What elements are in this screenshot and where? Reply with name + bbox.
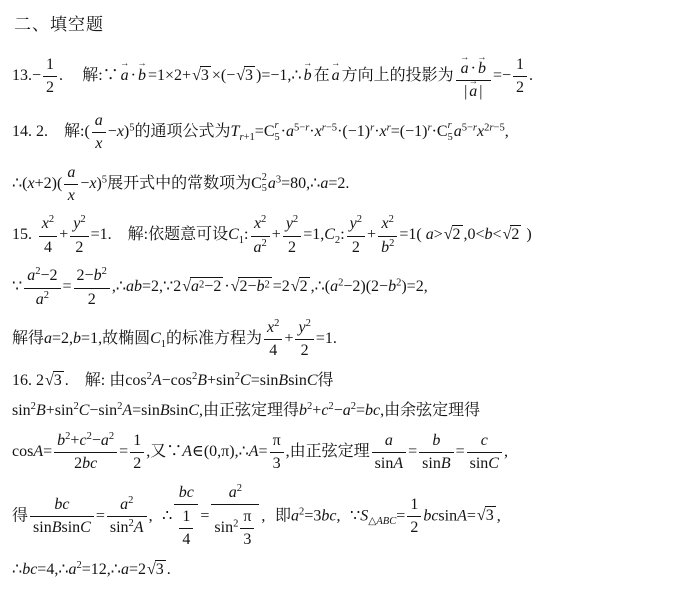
math-fraction: ax [92,111,106,154]
math-variable: r [275,120,279,131]
math-text: 解得 [12,330,44,347]
math-text: 2 [288,239,296,256]
math-superscript: 2 [262,238,267,249]
numerator: y2 [283,214,301,236]
math-text: 解: 由cos [85,372,147,389]
math-text: ,由正弦定理得 [199,402,299,419]
math-space [32,238,37,239]
math-superscript: 2 [357,215,362,226]
math-fraction: π3 [240,507,254,550]
math-variable: x [382,215,389,232]
math-text: 2 [300,278,308,295]
numerator: a2 [107,495,147,517]
math-text: = [259,443,268,460]
solution-line-15-2: ∵a2−2a2=2−b22,∴ab=2,∵2√a2−2·√2−b2=2√2,∴(… [12,266,674,309]
math-variable: a [286,123,294,140]
math-text: 1 [410,496,418,513]
math-variable: x [315,123,322,140]
math-variable: a [120,496,128,513]
vector: →a [460,60,470,78]
math-sqrt: √2 [444,224,463,246]
math-text: 3 [245,67,253,84]
math-text: =2 [129,561,146,578]
subscript: 5 [275,132,280,145]
math-text: . [529,67,533,84]
denominator: sin2π3 [211,505,259,550]
math-text: 2 [133,455,141,472]
math-text: 2 [389,238,394,249]
math-text: ,又∵ [146,443,182,460]
math-text: = [456,443,465,460]
math-text: 得 [12,507,28,524]
math-text: + [59,226,68,243]
denominator: sinB [419,453,453,473]
math-text: ) [522,226,531,243]
radicand: 2 [452,225,463,244]
math-text: > [434,226,443,243]
math-fraction: bsinB [419,431,453,474]
math-text: = [96,507,105,524]
math-text: 2 [352,239,360,256]
math-sqrt: √3 [192,65,211,87]
math-variable: b [299,402,307,419]
math-superscript: 5−r [462,122,477,133]
math-text: 2 [293,215,298,226]
math-superscript: 2r−5 [484,122,505,133]
math-text: = [43,443,52,460]
math-text: 2 [262,238,267,249]
math-fraction: a2sin2A [107,495,147,538]
math-superscript: 2 [233,518,238,529]
numerator: a [372,431,406,453]
math-variable: x [95,135,102,152]
math-text: ∵ [350,507,360,524]
math-supsub: r5 [275,120,280,145]
math-text: · [131,67,136,84]
math-variable: B [52,519,62,536]
problem-14: 14. 2.解:(ax−x)5的通项公式为Tr+1=Cr5·a5−r·xr−5·… [12,111,674,206]
math-variable: B [160,402,170,419]
math-text: 2 [102,266,107,277]
math-fraction: a2sin2π3 [211,483,259,550]
numerator: π [240,507,254,529]
math-variable: b [73,330,81,347]
math-text: 2 [274,318,279,329]
math-text: 1 [133,432,141,449]
math-text: < [493,226,502,243]
math-variable: a [44,330,52,347]
solution-line-14-1: 14. 2.解:(ax−x)5的通项公式为Tr+1=Cr5·a5−r·xr−5·… [12,111,674,154]
math-fraction: b2+c2−a22bc [54,431,117,474]
math-text: 解:依题意可设 [128,226,228,243]
radicand: 3 [155,560,166,579]
math-text: + [312,402,321,419]
math-text: sin [438,507,457,524]
math-fraction: csinC [467,431,502,474]
numerator: y2 [347,214,365,236]
denominator: sinBsinC [30,517,94,537]
math-variable: c [481,432,488,449]
math-superscript: 2 [261,215,266,226]
denominator: sin2A [107,517,147,537]
math-fraction: π3 [270,431,284,474]
math-variable: x [254,215,261,232]
math-variable: C [228,226,239,243]
math-text: 2 [49,215,54,226]
math-text: 2 [262,172,267,183]
math-text: + [367,226,376,243]
math-text: ∴( [12,175,28,192]
math-text: 5 [262,183,267,194]
math-text: 2− [239,278,256,295]
math-text: 3 [201,67,209,84]
math-text: ,由正弦定理 [286,443,370,460]
math-variable: A [249,443,259,460]
math-variable: b [485,226,493,243]
numerator: b2+c2−a2 [54,431,117,453]
math-superscript: 2 [237,483,242,494]
numerator: a2 [211,483,259,505]
math-text: 即 [275,507,291,524]
math-text: =1×2+ [148,67,191,84]
math-text: )=−1,∴ [256,67,302,84]
math-fraction: x24 [264,318,282,361]
math-text: , [336,507,340,524]
denominator: b2 [378,237,397,257]
math-variable: A [457,507,467,524]
math-fraction: y22 [295,318,313,361]
math-sqrt: √2−b2 [231,276,272,298]
math-variable: a [69,561,77,578]
math-text: 5 [448,132,453,143]
numerator: c [467,431,502,453]
math-superscript: 2 [389,238,394,249]
math-text: =(−1) [391,123,428,140]
math-superscript: 2 [264,280,269,291]
math-text: − [92,432,101,449]
subscript: 5 [448,132,453,145]
math-text: = [119,443,128,460]
math-text: 5− [462,122,473,133]
math-space [112,238,128,239]
math-variable: B [36,402,46,419]
math-text: =1, [303,226,324,243]
math-text: , [149,507,153,524]
math-variable: bc [365,402,380,419]
denominator: 2 [407,517,421,537]
math-superscript: 2 [109,431,114,442]
math-text: 2 [306,318,311,329]
math-variable: a [330,278,338,295]
math-variable: a [27,267,35,284]
math-variable: b [388,278,396,295]
math-variable: a [454,123,462,140]
numerator: bc [174,483,198,505]
math-variable: C [80,519,91,536]
math-fraction: x24 [39,214,57,257]
math-variable: C [307,372,318,389]
math-variable: C [79,402,90,419]
math-text: ×(− [212,67,235,84]
math-text: sin [12,402,31,419]
math-text: =80,∴ [281,175,320,192]
radicand: 2 [510,225,521,244]
math-text: =3 [304,507,321,524]
math-superscript: r−5 [322,122,337,133]
math-sqrt: √3 [477,505,496,527]
math-text: 2 [357,215,362,226]
vector-arrow-icon: → [469,77,478,88]
math-text: =1. [316,330,337,347]
denominator: 2 [70,237,88,257]
vector-arrow-icon: → [137,58,146,71]
math-variable: C [240,372,251,389]
math-text: π [243,508,251,525]
math-text: sin [375,455,394,472]
math-text: + [284,330,293,347]
numerator: b [419,431,453,453]
math-text: 2 [410,519,418,536]
math-text: − [108,123,117,140]
math-text: 解:( [64,123,90,140]
math-variable: C [188,402,199,419]
math-text: 4 [182,531,190,548]
denominator: 2 [283,237,301,257]
math-variable: x [380,123,387,140]
denominator: 4 [179,529,193,549]
math-text: 4 [44,239,52,256]
math-text: −2 [40,267,57,284]
numerator: 1 [513,55,527,77]
numerator: 1 [130,431,144,453]
solution-line-15-3: 解得a=2,b=1,故椭圆C1的标准方程为x24+y22=1. [12,318,674,361]
numerator: a2−2 [24,266,60,288]
solution-line-16-3: cosA=b2+c2−a22bc=12,又∵A∈(0,π),∴A=π3,由正弦定… [12,431,674,474]
math-text: 16. 2 [12,372,44,389]
math-subscript: △ABC [368,516,396,527]
math-text: , [505,123,509,140]
math-variable: x [28,175,35,192]
math-fraction: ax [64,163,78,206]
math-text: =1. [91,226,112,243]
math-text: 5− [294,122,305,133]
math-variable: x [42,215,49,232]
math-text: 2 [128,495,133,506]
math-superscript: 2 [128,495,133,506]
numerator: 1 [407,495,421,517]
math-text: . [65,372,69,389]
math-text: −cos [162,372,192,389]
solution-line-13-1: 13.−12.解:∵→a·→b=1×2+√3×(−√3)=−1,∴→b在→a方向… [12,51,674,102]
denominator: 2 [74,289,110,309]
math-variable: bc [179,484,194,501]
math-fraction: a2−2a2 [24,266,60,309]
math-text: : [244,226,248,243]
vector: →a [120,65,130,87]
radicand: 3 [200,66,211,85]
math-text: 2 [511,226,519,243]
math-text: 15. [12,226,32,243]
math-text: 3 [156,561,164,578]
math-space [340,519,350,520]
vector-arrow-icon: → [331,58,340,71]
math-text: 方向上的投影为 [342,67,454,84]
vector-arrow-icon: → [120,58,129,71]
math-text: =12,∴ [82,561,121,578]
math-text: +1 [244,132,255,143]
math-text: 2 [261,215,266,226]
numerator: x2 [264,318,282,340]
math-text: , [261,507,265,524]
math-text: 3 [243,531,251,548]
math-variable: x [68,187,75,204]
math-text: sin [110,519,129,536]
numerator: 2−b2 [74,266,110,288]
math-fraction: 2−b22 [74,266,110,309]
math-variable: a [254,239,262,256]
math-text: = [63,278,72,295]
math-text: 得 [318,372,334,389]
subscript: 5 [262,183,267,196]
math-subscript: r+1 [239,132,254,143]
math-text: 2 [109,431,114,442]
math-variable: bc [54,496,69,513]
math-fraction: x2b2 [378,214,397,257]
math-text: 5 [275,132,280,143]
vector: →b [137,65,147,87]
solution-line-16-1: 16. 2√3.解: 由cos2A−cos2B+sin2C=sinBsinC得 [12,370,674,392]
numerator: bc [30,495,94,517]
math-text: · [224,278,229,295]
math-text: 2 [453,226,461,243]
math-sqrt: √2 [291,276,310,298]
math-text: 的标准方程为 [166,330,262,347]
math-text: 3 [54,372,62,389]
math-text: =sin [132,402,160,419]
math-variable: c [79,432,86,449]
math-sqrt: √3 [45,370,64,392]
numerator: x2 [378,214,397,236]
radicand: 2 [299,277,310,296]
math-variable: x [117,123,124,140]
problem-16: 16. 2√3.解: 由cos2A−cos2B+sin2C=sinBsinC得s… [12,370,674,581]
solution-line-14-2: ∴(x+2)(ax−x)5展开式中的常数项为C25a3=80,∴a=2. [12,163,674,206]
math-text: − [334,402,343,419]
numerator: a [64,163,78,185]
document-body: 13.−12.解:∵→a·→b=1×2+√3×(−√3)=−1,∴→b在→a方向… [12,51,674,580]
math-space [69,384,85,385]
math-text: = [467,507,476,524]
math-superscript: 5−r [294,122,309,133]
numerator: 1 [179,507,193,529]
math-text: 2 [44,290,49,301]
math-text: − [80,175,89,192]
math-text: 2 [75,239,83,256]
math-text: 2 [74,455,82,472]
math-supsub: 25 [262,172,267,197]
math-text: sin [214,519,233,536]
math-text: =2,∵2 [142,278,181,295]
math-variable: ABC [376,516,396,527]
math-variable: A [182,443,192,460]
numerator: 1 [43,55,57,77]
math-variable: A [33,443,43,460]
math-variable: B [197,372,207,389]
math-variable: b [94,267,102,284]
math-text: , [504,443,508,460]
radicand: a2−2 [190,277,223,296]
solution-line-16-4: 得bcsinBsinC=a2sin2A,∴bc14=a2sin2π3,即a2=3… [12,483,674,550]
math-text: | [479,83,482,100]
math-supsub: r5 [448,120,453,145]
denominator: |→a| [456,81,491,101]
denominator: 2 [513,77,527,97]
math-variable: B [278,372,288,389]
denominator: 2 [347,237,365,257]
math-variable: b [57,432,65,449]
math-text: sin [422,455,441,472]
denominator: 4 [39,237,57,257]
math-text: 3 [273,455,281,472]
math-text: | [464,83,467,100]
math-fraction: 12 [513,55,527,98]
math-variable: C [150,330,161,347]
vector: →a [331,65,341,87]
math-text: 1 [46,56,54,73]
math-text: 2 [88,291,96,308]
math-variable: C [488,455,499,472]
numerator: y2 [70,214,88,236]
math-text: = [408,443,417,460]
math-fraction: 12 [130,431,144,474]
math-space [265,519,275,520]
math-text: sin [170,402,189,419]
vector-arrow-icon: → [477,53,486,64]
math-text: . [59,67,63,84]
denominator: 2bc [54,453,117,473]
math-text: 2 [46,79,54,96]
math-variable: a [95,112,103,129]
math-variable: y [298,319,305,336]
denominator: sinC [467,453,502,473]
math-variable: a [121,561,129,578]
math-fraction: bc14 [174,483,198,550]
math-variable: a [229,484,237,501]
denominator: 3 [240,529,254,549]
math-variable: a [101,432,109,449]
numerator: x2 [251,214,270,236]
numerator: a [92,111,106,133]
math-variable: B [441,455,451,472]
math-sqrt: √a2−2 [182,276,223,298]
math-text: 的通项公式为 [135,123,231,140]
math-text: 14. 2. [12,123,48,140]
math-fraction: 12 [43,55,57,98]
numerator: π [270,431,284,453]
math-text: +2)( [35,175,63,192]
math-sqrt: √3 [236,65,255,87]
vector: →b [477,60,487,78]
solution-line-15-1: 15.x24+y22=1.解:依题意可设C1:x2a2+y22=1,C2:y22… [12,214,674,257]
math-text: = [356,402,365,419]
math-text: ∵ [12,278,22,295]
math-text: 1 [516,56,524,73]
vector-arrow-icon: → [303,58,312,71]
vector-arrow-icon: → [460,53,469,64]
math-variable: a [268,175,276,192]
math-variable: b [432,432,440,449]
math-text: ,∴ [112,278,126,295]
